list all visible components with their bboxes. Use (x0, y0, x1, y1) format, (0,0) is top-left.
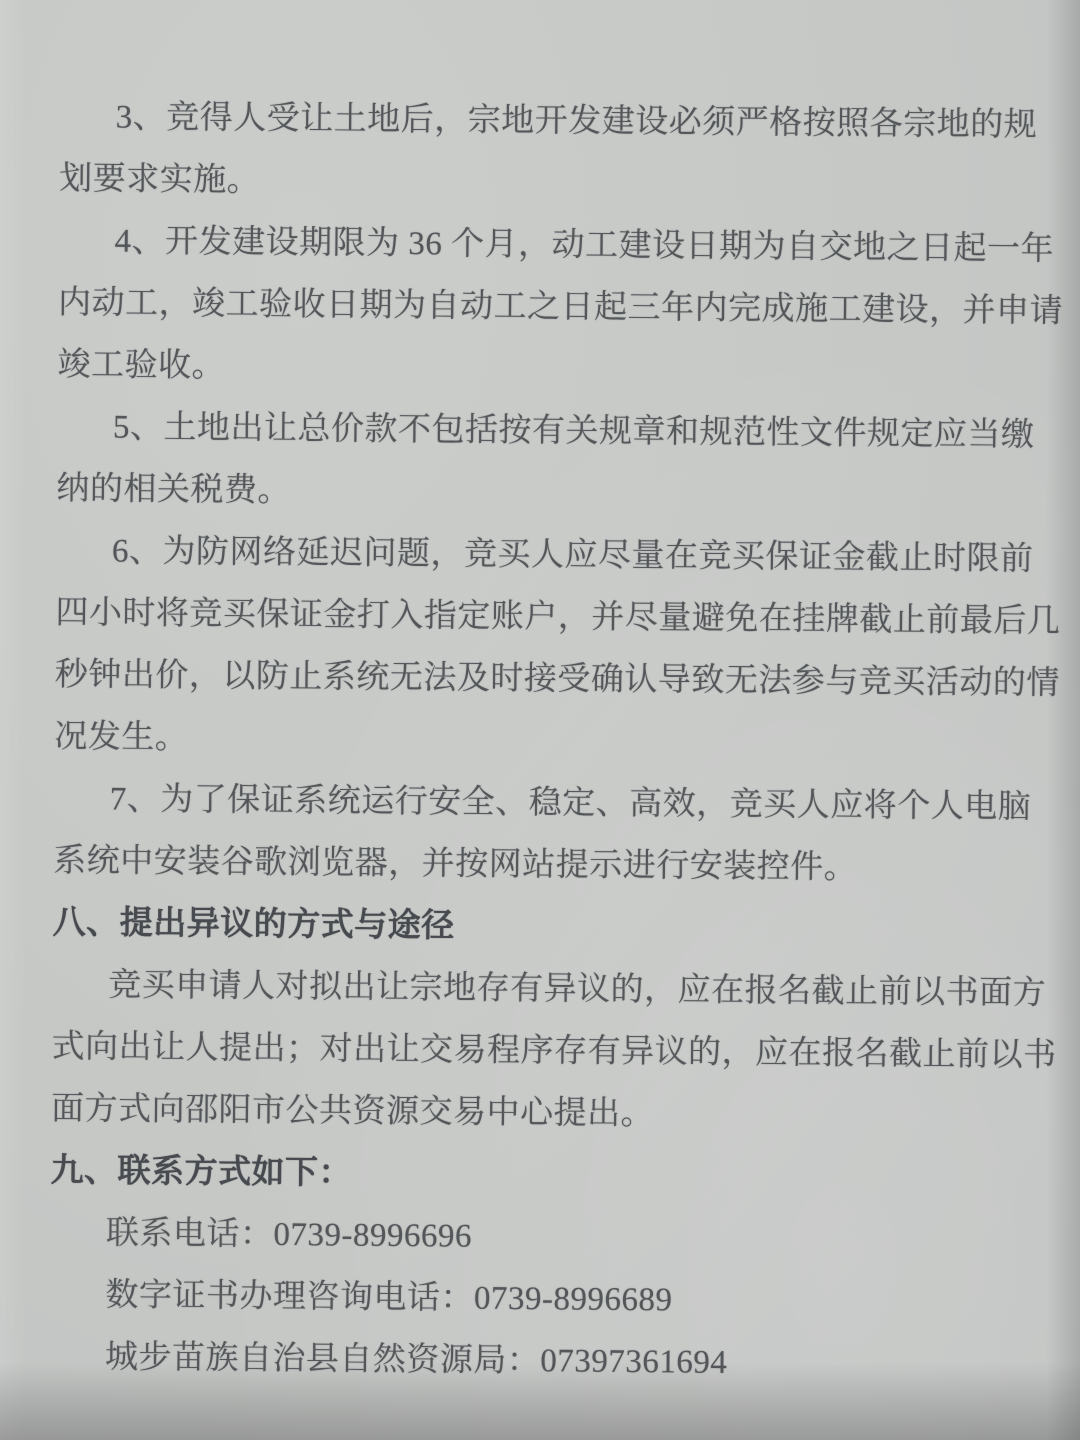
clause-7-line-2: 系统中安装谷歌浏览器，并按网站提示进行安装控件。 (53, 830, 1010, 900)
clause-4-line-3: 竣工验收。 (57, 334, 1014, 404)
contact-certificate-line: 数字证书办理咨询电话：0739-8996689 (49, 1264, 1006, 1334)
document-page: 3、竞得人受让土地后，宗地开发建设必须严格按照各宗地的规 划要求实施。 4、开发… (49, 86, 1016, 1396)
clause-4-line-2: 内动工，竣工验收日期为自动工之日起三年内完成施工建设，并申请 (58, 272, 1015, 342)
document-photo: 3、竞得人受让土地后，宗地开发建设必须严格按照各宗地的规 划要求实施。 4、开发… (0, 0, 1080, 1440)
clause-4-line-1: 4、开发建设期限为 36 个月，动工建设日期为自交地之日起一年 (58, 210, 1015, 280)
photo-highlight-left (0, 0, 26, 1440)
clause-5-line-1: 5、土地出让总价款不包括按有关规章和规范性文件规定应当缴 (57, 396, 1014, 466)
clause-3-line-1: 3、竞得人受让土地后，宗地开发建设必须严格按照各宗地的规 (59, 86, 1016, 156)
contact-resources-bureau-line: 城步苗族自治县自然资源局：07397361694 (49, 1326, 1006, 1396)
objection-paragraph-line-1: 竞买申请人对拟出让宗地存有异议的，应在报名截止前以书面方 (52, 954, 1009, 1024)
clause-6-line-1: 6、为防网络延迟问题，竞买人应尽量在竞买保证金截止时限前 (56, 520, 1013, 590)
clause-7-line-1: 7、为了保证系统运行安全、稳定、高效，竞买人应将个人电脑 (54, 768, 1011, 838)
objection-paragraph-line-3: 面方式向邵阳市公共资源交易中心提出。 (51, 1078, 1008, 1148)
clause-6-line-3: 秒钟出价，以防止系统无法及时接受确认导致无法参与竞买活动的情 (55, 644, 1012, 714)
section-8-heading: 八、提出异议的方式与途径 (52, 892, 1009, 962)
contact-phone-line: 联系电话：0739-8996696 (50, 1202, 1007, 1272)
clause-3-line-2: 划要求实施。 (59, 148, 1016, 218)
clause-6-line-2: 四小时将竞买保证金打入指定账户，并尽量避免在挂牌截止前最后几 (55, 582, 1012, 652)
photo-shadow-right (1046, 0, 1080, 1440)
clause-6-line-4: 况发生。 (54, 706, 1011, 776)
section-9-heading: 九、联系方式如下： (50, 1140, 1007, 1210)
clause-5-line-2: 纳的相关税费。 (56, 458, 1013, 528)
objection-paragraph-line-2: 式向出让人提出；对出让交易程序存有异议的，应在报名截止前以书 (51, 1016, 1008, 1086)
